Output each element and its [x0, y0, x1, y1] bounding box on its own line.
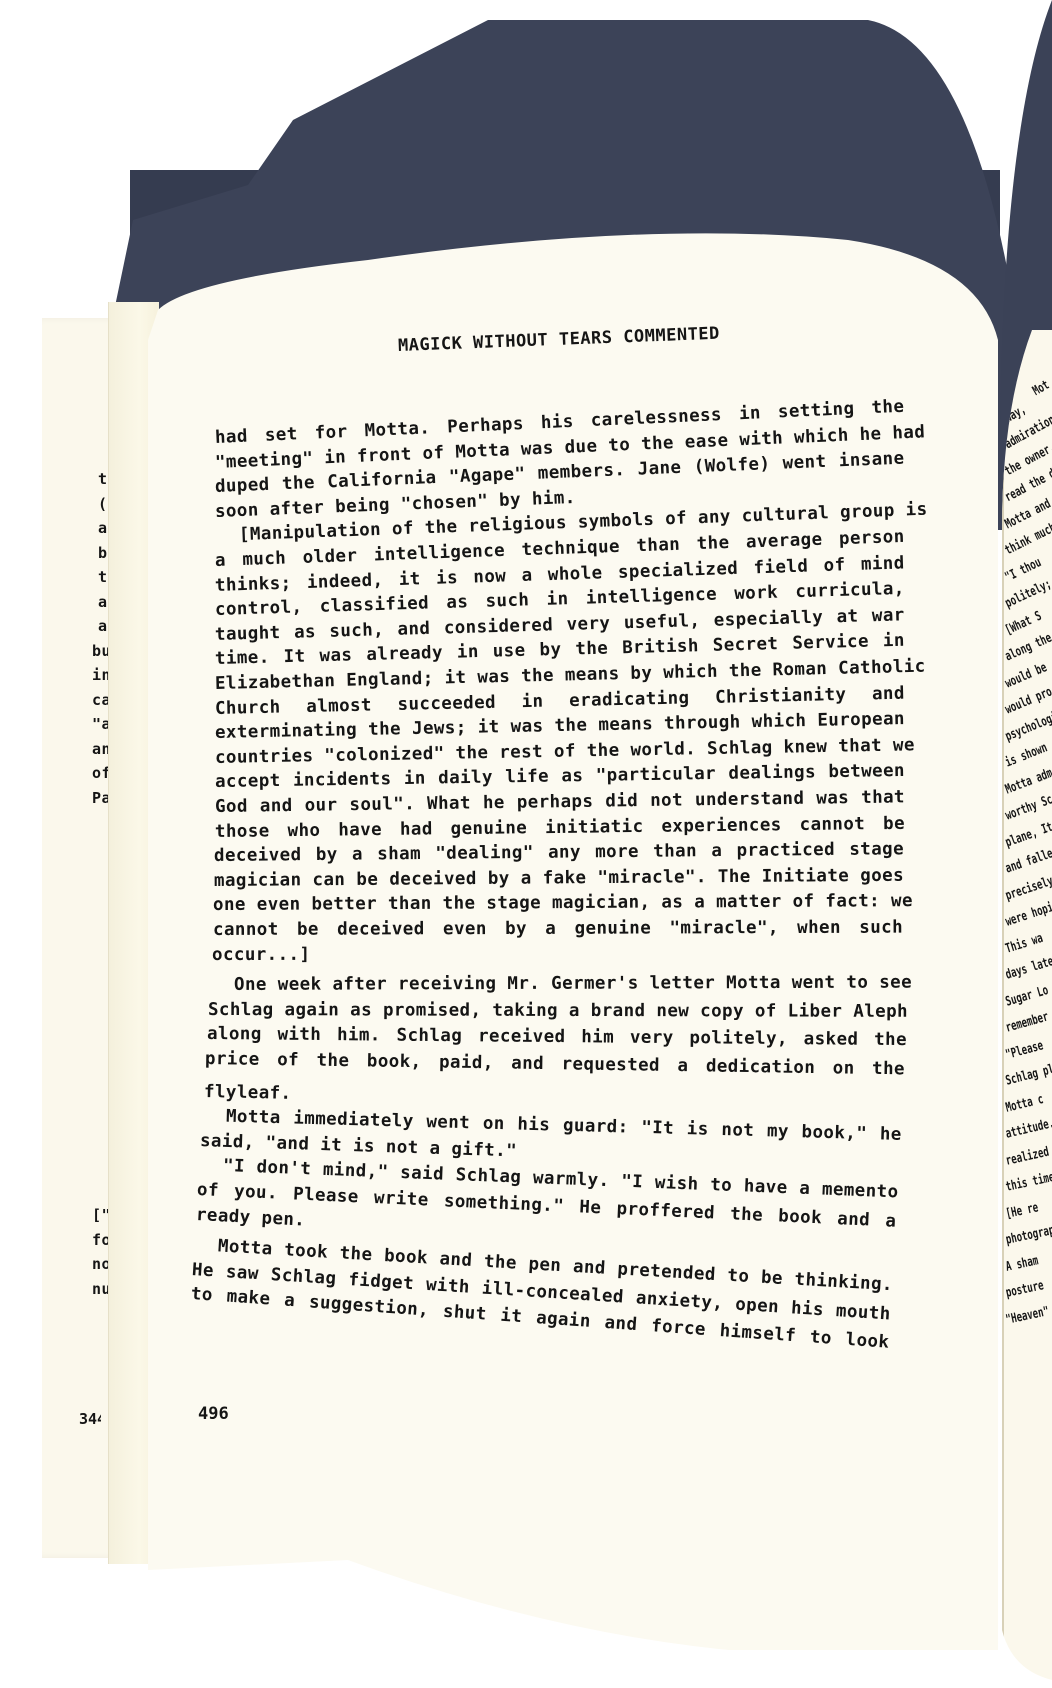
text-line: Schlag again as promised, taking a brand… [208, 1000, 908, 1022]
text-line: price of the book, paid, and requested a… [205, 1049, 905, 1079]
text-line: along with him. Schlag received him very… [207, 1024, 907, 1050]
text-line: One week after receiving Mr. Germer's le… [210, 973, 910, 995]
text-line: occur...] [212, 944, 310, 964]
book-title-bold: Liber Aleph [788, 1001, 908, 1021]
main-page-text: MAGICK WITHOUT TEARS COMMENTED had set f… [0, 0, 1052, 1688]
text-line: God and our soul". What he perhaps did n… [215, 787, 905, 817]
text-line: those who have had genuine initiatic exp… [215, 813, 905, 841]
running-head: MAGICK WITHOUT TEARS COMMENTED [398, 324, 721, 356]
text-line: magician can be deceived by a fake "mira… [214, 865, 904, 890]
text-line: ready pen. [195, 1205, 305, 1231]
page-number: 496 [198, 1404, 229, 1424]
text-line: deceived by a sham "dealing" any more th… [214, 839, 904, 866]
text-line: flyleaf. [203, 1082, 291, 1104]
text-line: one even better than the stage magician,… [213, 892, 903, 916]
text-line: cannot be deceived even by a genuine "mi… [213, 918, 903, 940]
